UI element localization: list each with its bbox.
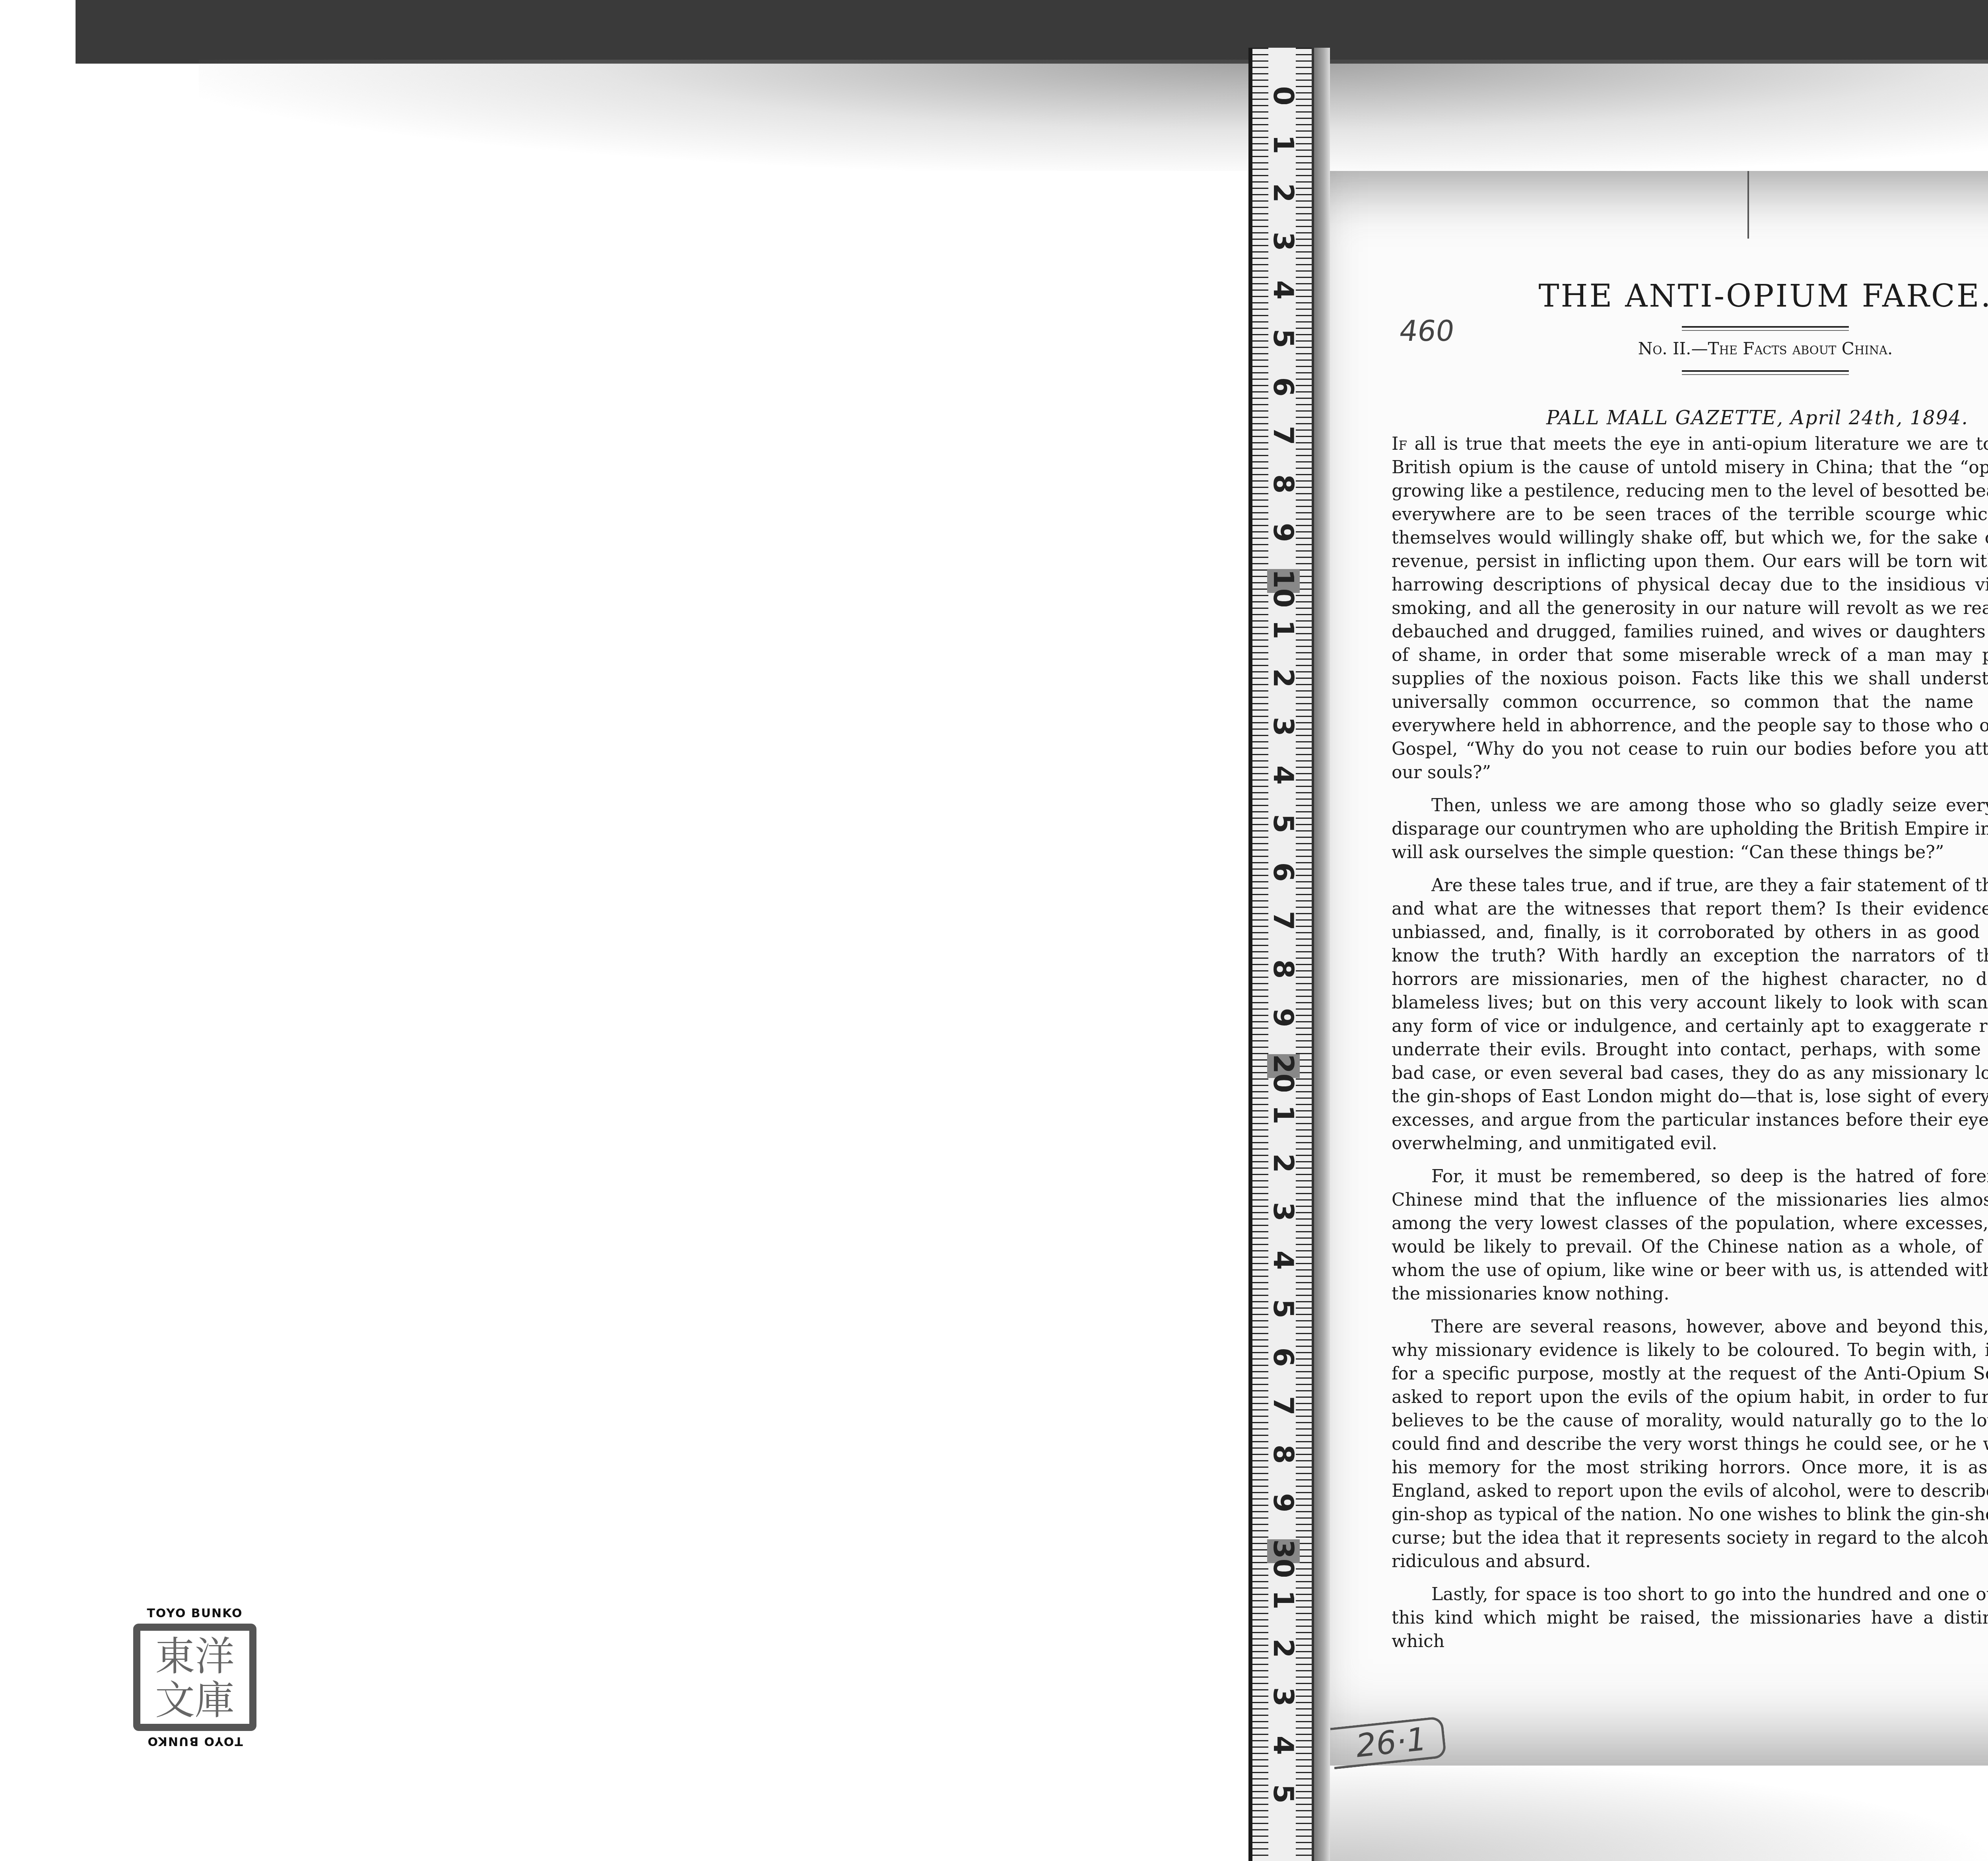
ruler-number: 6 <box>1267 860 1300 884</box>
scan-shadow-bottom <box>1324 1758 1988 1861</box>
ruler-number: 10 <box>1267 569 1300 593</box>
ruler-number: 9 <box>1267 1006 1300 1030</box>
paragraph-6: Lastly, for space is too short to go int… <box>1392 1583 1988 1653</box>
article-subtitle: No. II.—The Facts about China. <box>1423 339 1988 358</box>
seal-icon: 東洋文庫 <box>133 1624 256 1731</box>
ruler-number: 4 <box>1267 278 1300 302</box>
measuring-ruler: 012345678910123456789201234567893012345 <box>1248 48 1314 1861</box>
ruler-number: 8 <box>1267 957 1300 981</box>
toyo-bunko-stamp-bottom-left: TOYO BUNKO 東洋文庫 TOYO BUNKO <box>127 1607 262 1748</box>
ruler-number: 30 <box>1267 1539 1300 1563</box>
ruler-number: 1 <box>1267 1103 1300 1127</box>
drop-cap: If <box>1392 434 1407 454</box>
ruler-number: 7 <box>1267 909 1300 932</box>
ruler-number: 7 <box>1267 423 1300 447</box>
title-rule <box>1682 326 1849 331</box>
ruler-number: 9 <box>1267 1491 1300 1515</box>
ruler-ticks-left <box>1252 48 1268 1861</box>
ruler-number: 3 <box>1267 1200 1300 1224</box>
ruler-number: 6 <box>1267 1345 1300 1369</box>
ruler-edge <box>1314 48 1330 1861</box>
ruler-number: 20 <box>1267 1054 1300 1078</box>
ruler-number: 8 <box>1267 472 1300 496</box>
paragraph-4: For, it must be remembered, so deep is t… <box>1392 1165 1988 1305</box>
ruler-number: 1 <box>1267 618 1300 641</box>
ruler-number: 3 <box>1267 229 1300 253</box>
ruler-number: 7 <box>1267 1394 1300 1418</box>
ruler-number: 2 <box>1267 181 1300 205</box>
ruler-number: 4 <box>1267 1733 1300 1757</box>
ruler-number: 4 <box>1267 1248 1300 1272</box>
ruler-number: 2 <box>1267 1151 1300 1175</box>
paragraph-1: If all is true that meets the eye in ant… <box>1392 432 1988 784</box>
ruler-number: 5 <box>1267 326 1300 350</box>
ruler-number: 5 <box>1267 812 1300 835</box>
ruler-number: 1 <box>1267 132 1300 156</box>
ruler-number: 8 <box>1267 1442 1300 1466</box>
paragraph-2: Then, unless we are among those who so g… <box>1392 794 1988 864</box>
paragraph-3: Are these tales true, and if true, are t… <box>1392 874 1988 1155</box>
article-source: PALL MALL GAZETTE, April 24th, 1894. <box>1408 407 1988 429</box>
paper-crease <box>1747 171 1749 239</box>
ruler-number: 3 <box>1267 1685 1300 1709</box>
ruler-number: 5 <box>1267 1782 1300 1806</box>
paragraph-5: There are several reasons, however, abov… <box>1392 1315 1988 1573</box>
ruler-number: 2 <box>1267 1636 1300 1660</box>
ruler-number: 9 <box>1267 521 1300 544</box>
scan-shadow <box>199 60 1988 171</box>
subtitle-rule <box>1682 370 1849 375</box>
ruler-number: 6 <box>1267 375 1300 399</box>
ruler-number: 5 <box>1267 1297 1300 1321</box>
ruler-number: 0 <box>1267 84 1300 108</box>
scanner-backdrop <box>76 0 1988 64</box>
ruler-number: 3 <box>1267 715 1300 738</box>
article: THE ANTI-OPIUM FARCE. No. II.—The Facts … <box>1392 278 1988 1663</box>
ruler-number: 2 <box>1267 666 1300 690</box>
article-title: THE ANTI-OPIUM FARCE. <box>1423 278 1988 314</box>
ruler-number: 4 <box>1267 763 1300 787</box>
ruler-number: 1 <box>1267 1588 1300 1612</box>
